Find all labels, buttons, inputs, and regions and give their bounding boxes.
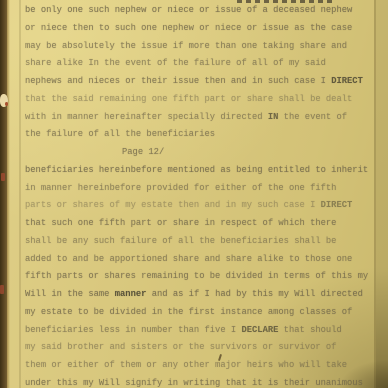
typewritten-line: in manner hereinbefore provided for eith… — [25, 180, 370, 198]
line-text: Will in the same — [25, 289, 115, 299]
page-number-line: Page 12/ — [25, 144, 370, 162]
typewritten-line: the failure of all the beneficiaries — [25, 126, 370, 144]
typewritten-line: my estate to be divided in the first ins… — [25, 304, 370, 322]
line-text: under this my Will signify in writing th… — [25, 378, 363, 388]
typewritten-line: nephews and nieces or their issue then a… — [25, 73, 370, 91]
typewritten-text-block: be only one such nephew or niece or issu… — [25, 2, 370, 388]
typewritten-line: them or either of them or any other majo… — [25, 357, 370, 375]
line-text: beneficiaries hereinbefore mentioned as … — [25, 165, 368, 175]
typewritten-line: shall be any such failure of all the ben… — [25, 233, 370, 251]
page-number-label: Page 12/ — [122, 147, 164, 157]
red-binding-mark — [1, 173, 5, 181]
line-text: shall be any such failure of all the ben… — [25, 236, 336, 246]
page-crease-left — [19, 0, 21, 388]
document-page-photo: be only one such nephew or niece or issu… — [0, 0, 388, 388]
line-text: that should — [278, 325, 341, 335]
typewritten-line: share alike In the event of the failure … — [25, 55, 370, 73]
line-text: fifth parts or shares remaining to be di… — [25, 271, 368, 281]
typewritten-line: with in manner hereinafter specially dir… — [25, 109, 370, 127]
typewritten-line: fifth parts or shares remaining to be di… — [25, 268, 370, 286]
line-text: share alike In the event of the failure … — [25, 58, 326, 68]
typewritten-line: parts or shares of my estate then and in… — [25, 197, 370, 215]
page-right-shadow — [376, 0, 388, 388]
line-text: and as if I had by this my Will directed — [146, 289, 362, 299]
line-text: added to and be apportioned share and sh… — [25, 254, 352, 264]
typewritten-line: that the said remaining one fifth part o… — [25, 91, 370, 109]
line-text: be only one such nephew or niece or issu… — [25, 5, 352, 15]
typewritten-line: be only one such nephew or niece or issu… — [25, 2, 370, 20]
line-text: that such one fifth part or share in res… — [25, 218, 336, 228]
typewritten-line: may be absolutely the issue if more than… — [25, 38, 370, 56]
line-text-bold: manner — [115, 289, 147, 299]
line-text: may be absolutely the issue if more than… — [25, 41, 347, 51]
line-text-bold: DIRECT — [321, 200, 353, 210]
typewritten-line: Will in the same manner and as if I had … — [25, 286, 370, 304]
line-text-bold: IN — [268, 112, 279, 122]
line-text: that the said remaining one fifth part o… — [25, 94, 352, 104]
line-text: nephews and nieces or their issue then a… — [25, 76, 331, 86]
typewritten-line: added to and be apportioned share and sh… — [25, 251, 370, 269]
line-text: the failure of all the beneficiaries — [25, 129, 215, 139]
typewritten-line: or niece then to such one nephew or niec… — [25, 20, 370, 38]
line-text: or niece then to such one nephew or niec… — [25, 23, 352, 33]
typewritten-line: beneficiaries hereinbefore mentioned as … — [25, 162, 370, 180]
line-text: them or either of them or any other majo… — [25, 360, 347, 370]
typewritten-line: beneficiaries less in number than five I… — [25, 322, 370, 340]
line-text-bold: DIRECT — [331, 76, 363, 86]
red-binding-mark — [0, 285, 4, 294]
line-text: parts or shares of my estate then and in… — [25, 200, 321, 210]
line-text: in manner hereinbefore provided for eith… — [25, 183, 336, 193]
typewritten-line: under this my Will signify in writing th… — [25, 375, 370, 388]
binding-edge-highlight — [7, 0, 10, 388]
typewritten-line: that such one fifth part or share in res… — [25, 215, 370, 233]
line-text: beneficiaries less in number than five I — [25, 325, 241, 335]
line-text-bold: DECLARE — [241, 325, 278, 335]
line-text: my said brother and sisters or the survi… — [25, 342, 336, 352]
line-text: the event of — [278, 112, 347, 122]
typewritten-line: my said brother and sisters or the survi… — [25, 339, 370, 357]
line-text: with in manner hereinafter specially dir… — [25, 112, 268, 122]
binding-edge — [0, 0, 7, 388]
line-text: my estate to be divided in the first ins… — [25, 307, 352, 317]
red-binding-dot — [5, 102, 8, 106]
